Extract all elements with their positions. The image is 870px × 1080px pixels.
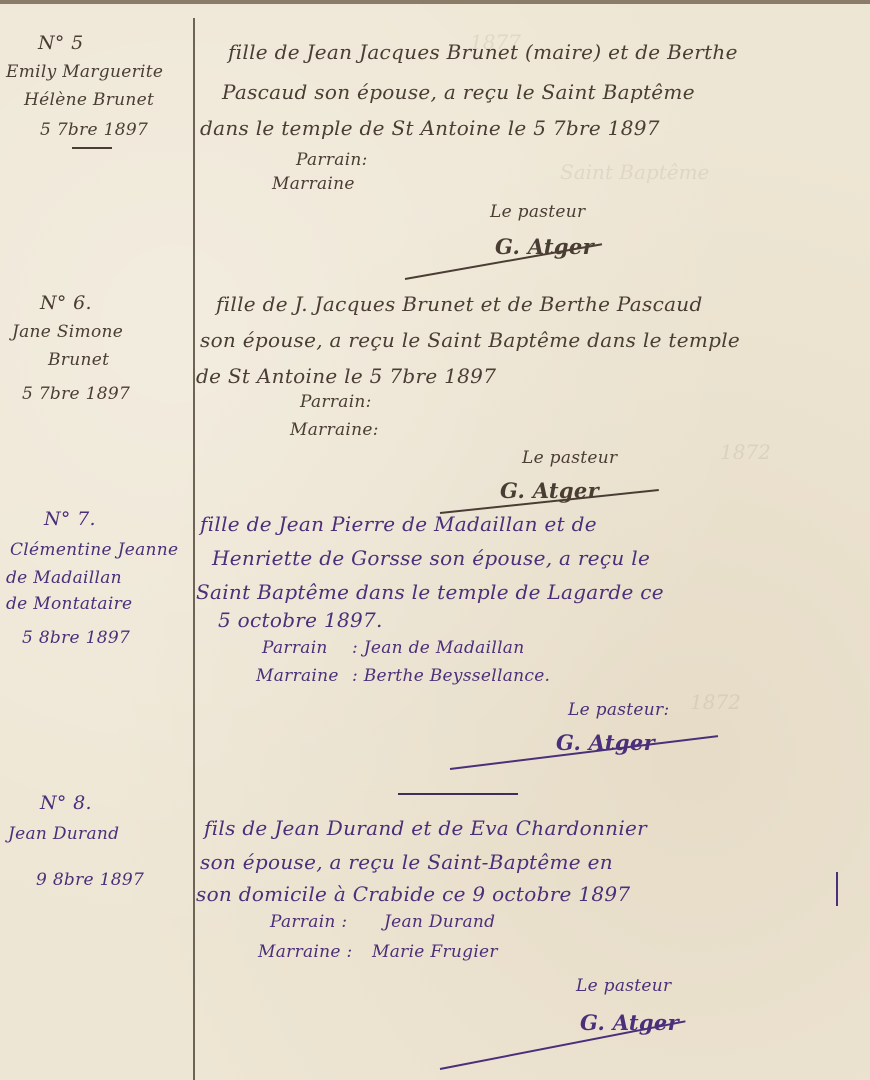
marraine-label: Marraine: [290, 420, 379, 440]
child-name-line: Jane Simone [12, 322, 123, 342]
pastor-signature: G. Atger [556, 730, 655, 755]
child-name-line: de Montataire [6, 594, 132, 614]
pasteur-label: Le pasteur: [568, 700, 670, 720]
entry-body-line: 5 octobre 1897. [218, 608, 383, 632]
parrain-label: Parrain [262, 638, 328, 658]
entry-body-line: dans le temple de St Antoine le 5 7bre 1… [200, 116, 660, 140]
entry-body-line: Henriette de Gorsse son épouse, a reçu l… [212, 546, 650, 570]
child-name-line: Jean Durand [8, 824, 119, 844]
bleed-through-text: Saint Baptême [560, 160, 709, 184]
bracket-mark [836, 872, 838, 906]
pasteur-label: Le pasteur [490, 202, 585, 222]
parrain-label: Parrain : [270, 912, 347, 932]
bleed-through-text: 1872 [690, 690, 741, 714]
parrain-name: Jean Durand [384, 912, 495, 932]
pasteur-label: Le pasteur [576, 976, 671, 996]
parrain-name: : Jean de Madaillan [352, 638, 525, 658]
underline [72, 147, 112, 149]
child-name-line: de Madaillan [6, 568, 122, 588]
child-name-line: Hélène Brunet [24, 90, 154, 110]
signature-flourish [440, 1020, 686, 1070]
entry-date: 5 7bre 1897 [22, 384, 130, 404]
entry-number: N° 7. [44, 508, 96, 530]
bleed-through-text: 1872 [720, 440, 771, 464]
marraine-name: : Berthe Beyssellance. [352, 666, 550, 686]
parrain-label: Parrain: [300, 392, 372, 412]
entry-number: N° 5 [38, 32, 83, 54]
register-page: 1877 Saint Baptême 1872 1872 N° 5 Emily … [0, 0, 870, 1080]
entry-number: N° 6. [40, 292, 92, 314]
child-name-line: Emily Marguerite [6, 62, 163, 82]
child-name-line: Clémentine Jeanne [10, 540, 178, 560]
marraine-name: Marie Frugier [372, 942, 498, 962]
entry-date: 9 8bre 1897 [36, 870, 144, 890]
entry-body-line: fille de Jean Jacques Brunet (maire) et … [228, 40, 738, 64]
entry-body-line: son épouse, a reçu le Saint-Baptême en [200, 850, 613, 874]
entry-body-line: de St Antoine le 5 7bre 1897 [196, 364, 496, 388]
marraine-label: Marraine [272, 174, 355, 194]
entry-date: 5 7bre 1897 [40, 120, 148, 140]
entry-body-line: fille de Jean Pierre de Madaillan et de [200, 512, 597, 536]
marraine-label: Marraine : [258, 942, 353, 962]
pastor-signature: G. Atger [500, 478, 599, 503]
entry-body-line: Pascaud son épouse, a reçu le Saint Bapt… [222, 80, 695, 104]
pasteur-label: Le pasteur [522, 448, 617, 468]
marraine-label: Marraine [256, 666, 339, 686]
entry-body-line: fille de J. Jacques Brunet et de Berthe … [216, 292, 703, 316]
margin-rule [193, 18, 195, 1080]
entry-body-line: fils de Jean Durand et de Eva Chardonnie… [204, 816, 647, 840]
entry-separator [398, 793, 518, 795]
page-top-edge [0, 0, 870, 4]
entry-body-line: son épouse, a reçu le Saint Baptême dans… [200, 328, 740, 352]
parrain-label: Parrain: [296, 150, 368, 170]
entry-body-line: Saint Baptême dans le temple de Lagarde … [196, 580, 664, 604]
entry-date: 5 8bre 1897 [22, 628, 130, 648]
entry-number: N° 8. [40, 792, 92, 814]
child-name-line: Brunet [48, 350, 109, 370]
entry-body-line: son domicile à Crabide ce 9 octobre 1897 [196, 882, 630, 906]
